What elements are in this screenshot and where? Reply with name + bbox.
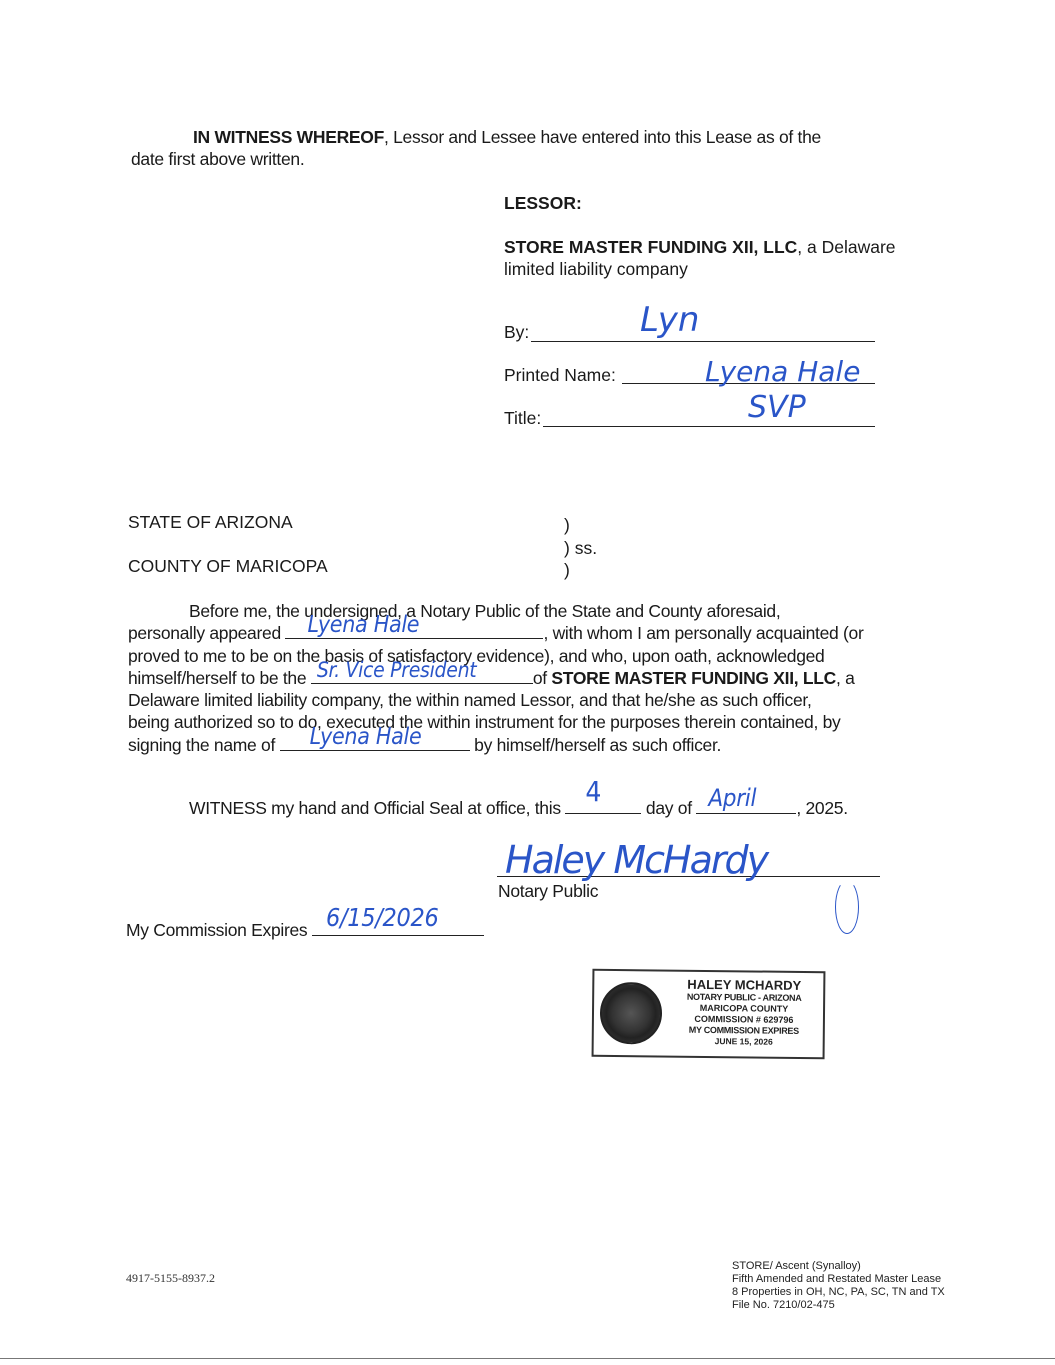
title-value: SVP (748, 390, 806, 425)
day-value: 4 (585, 781, 601, 803)
month-field[interactable]: April (696, 799, 796, 814)
lessor-heading: LESSOR: (504, 192, 582, 214)
ack-l2-post: , with whom I am personally acquainted (… (543, 623, 863, 643)
appeared-name-field[interactable]: Lyena Hale (285, 624, 543, 639)
lessor-entity-desc: , a Delaware (797, 237, 895, 257)
ack-l4-entity: STORE MASTER FUNDING XII, LLC (551, 668, 836, 688)
footer-ref-line4: File No. 7210/02-475 (732, 1299, 945, 1312)
witness-clause: IN WITNESS WHEREOF, Lessor and Lessee ha… (131, 126, 941, 170)
state-seal-icon (600, 982, 663, 1045)
signature-loop-decoration (835, 880, 859, 934)
ack-l4-pre: himself/herself to be the (128, 668, 306, 688)
venue-county: COUNTY OF MARICOPA (128, 555, 328, 577)
lessor-heading-text: LESSOR: (504, 193, 582, 213)
by-signature: Lyn (640, 300, 699, 340)
witness-clause-text: , Lessor and Lessee have entered into th… (384, 127, 821, 147)
ack-line-2: personally appeared Lyena Hale , with wh… (128, 622, 936, 644)
ack-line-3: proved to me to be on the basis of satis… (128, 645, 936, 667)
ack-l4-mid: of (533, 668, 547, 688)
title-field[interactable] (543, 426, 875, 427)
ack-l4-post: , a (836, 668, 855, 688)
ack-line-1: Before me, the undersigned, a Notary Pub… (128, 600, 936, 622)
witness-clause-line2: date first above written. (131, 148, 941, 170)
appeared-name-value: Lyena Hale (307, 614, 419, 636)
printed-name-line: Printed Name: (504, 364, 616, 386)
commission-expires-value: 6/15/2026 (326, 907, 439, 929)
by-signature-line[interactable] (531, 341, 875, 342)
footer-ref-line1: STORE/ Ascent (Synalloy) (732, 1260, 945, 1273)
signing-name-field[interactable]: Lyena Hale (280, 736, 470, 751)
footer-doc-id: 4917-5155-8937.2 (126, 1271, 215, 1286)
lessor-entity: STORE MASTER FUNDING XII, LLC, a Delawar… (504, 236, 944, 280)
venue-state: STATE OF ARIZONA (128, 511, 293, 533)
notary-public-label: Notary Public (498, 880, 598, 902)
by-line: By: (504, 321, 529, 343)
footer-reference: STORE/ Ascent (Synalloy) Fifth Amended a… (732, 1260, 945, 1312)
witness-seal-mid: day of (646, 798, 692, 818)
ack-l2-pre: personally appeared (128, 623, 281, 643)
witness-clause-lead: IN WITNESS WHEREOF (193, 127, 384, 147)
page-bottom-edge (0, 1358, 1055, 1359)
commission-expires-field[interactable]: 6/15/2026 (312, 921, 484, 936)
lessor-entity-line2: limited liability company (504, 258, 944, 280)
title-label: Title: (504, 408, 541, 428)
footer-ref-line2: Fifth Amended and Restated Master Lease (732, 1273, 945, 1286)
footer-ref-line3: 8 Properties in OH, NC, PA, SC, TN and T… (732, 1286, 945, 1299)
ack-l7-pre: signing the name of (128, 735, 275, 755)
stamp-line6: JUNE 15, 2026 (668, 1036, 820, 1049)
stamp-line5: MY COMMISSION EXPIRES (668, 1025, 820, 1038)
venue-paren-1: ) (564, 514, 570, 536)
notary-signature: Haley McHardy (505, 838, 767, 882)
ack-line-4: himself/herself to be the Sr. Vice Presi… (128, 667, 936, 689)
printed-name-value: Lyena Hale (705, 355, 860, 388)
ack-l7-post: by himself/herself as such officer. (474, 735, 721, 755)
ack-line-5: Delaware limited liability company, the … (128, 689, 936, 711)
by-label: By: (504, 322, 529, 342)
title-line: Title: (504, 407, 541, 429)
venue-ss: ) ss. (564, 537, 597, 559)
lessor-entity-name: STORE MASTER FUNDING XII, LLC (504, 237, 797, 257)
office-title-value: Sr. Vice President (317, 659, 477, 681)
witness-seal-line: WITNESS my hand and Official Seal at off… (189, 797, 848, 819)
venue-paren-3: ) (564, 559, 570, 581)
commission-expires-label: My Commission Expires (126, 920, 307, 940)
acknowledgment-paragraph: Before me, the undersigned, a Notary Pub… (128, 600, 936, 756)
stamp-text: HALEY MCHARDY NOTARY PUBLIC - ARIZONA MA… (668, 978, 821, 1049)
ack-line-6: being authorized so to do, executed the … (128, 711, 936, 733)
ack-line-7: signing the name of Lyena Hale by himsel… (128, 734, 936, 756)
notary-stamp: HALEY MCHARDY NOTARY PUBLIC - ARIZONA MA… (592, 969, 826, 1059)
printed-name-label: Printed Name: (504, 365, 616, 385)
witness-seal-post: , 2025. (796, 798, 847, 818)
month-value: April (708, 787, 756, 809)
commission-expires-line: My Commission Expires 6/15/2026 (126, 919, 484, 941)
day-field[interactable]: 4 (565, 799, 641, 814)
signing-name-value: Lyena Hale (310, 726, 422, 748)
office-title-field[interactable]: Sr. Vice President (311, 669, 533, 684)
stamp-line2: NOTARY PUBLIC - ARIZONA (668, 992, 820, 1005)
witness-seal-pre: WITNESS my hand and Official Seal at off… (189, 798, 561, 818)
